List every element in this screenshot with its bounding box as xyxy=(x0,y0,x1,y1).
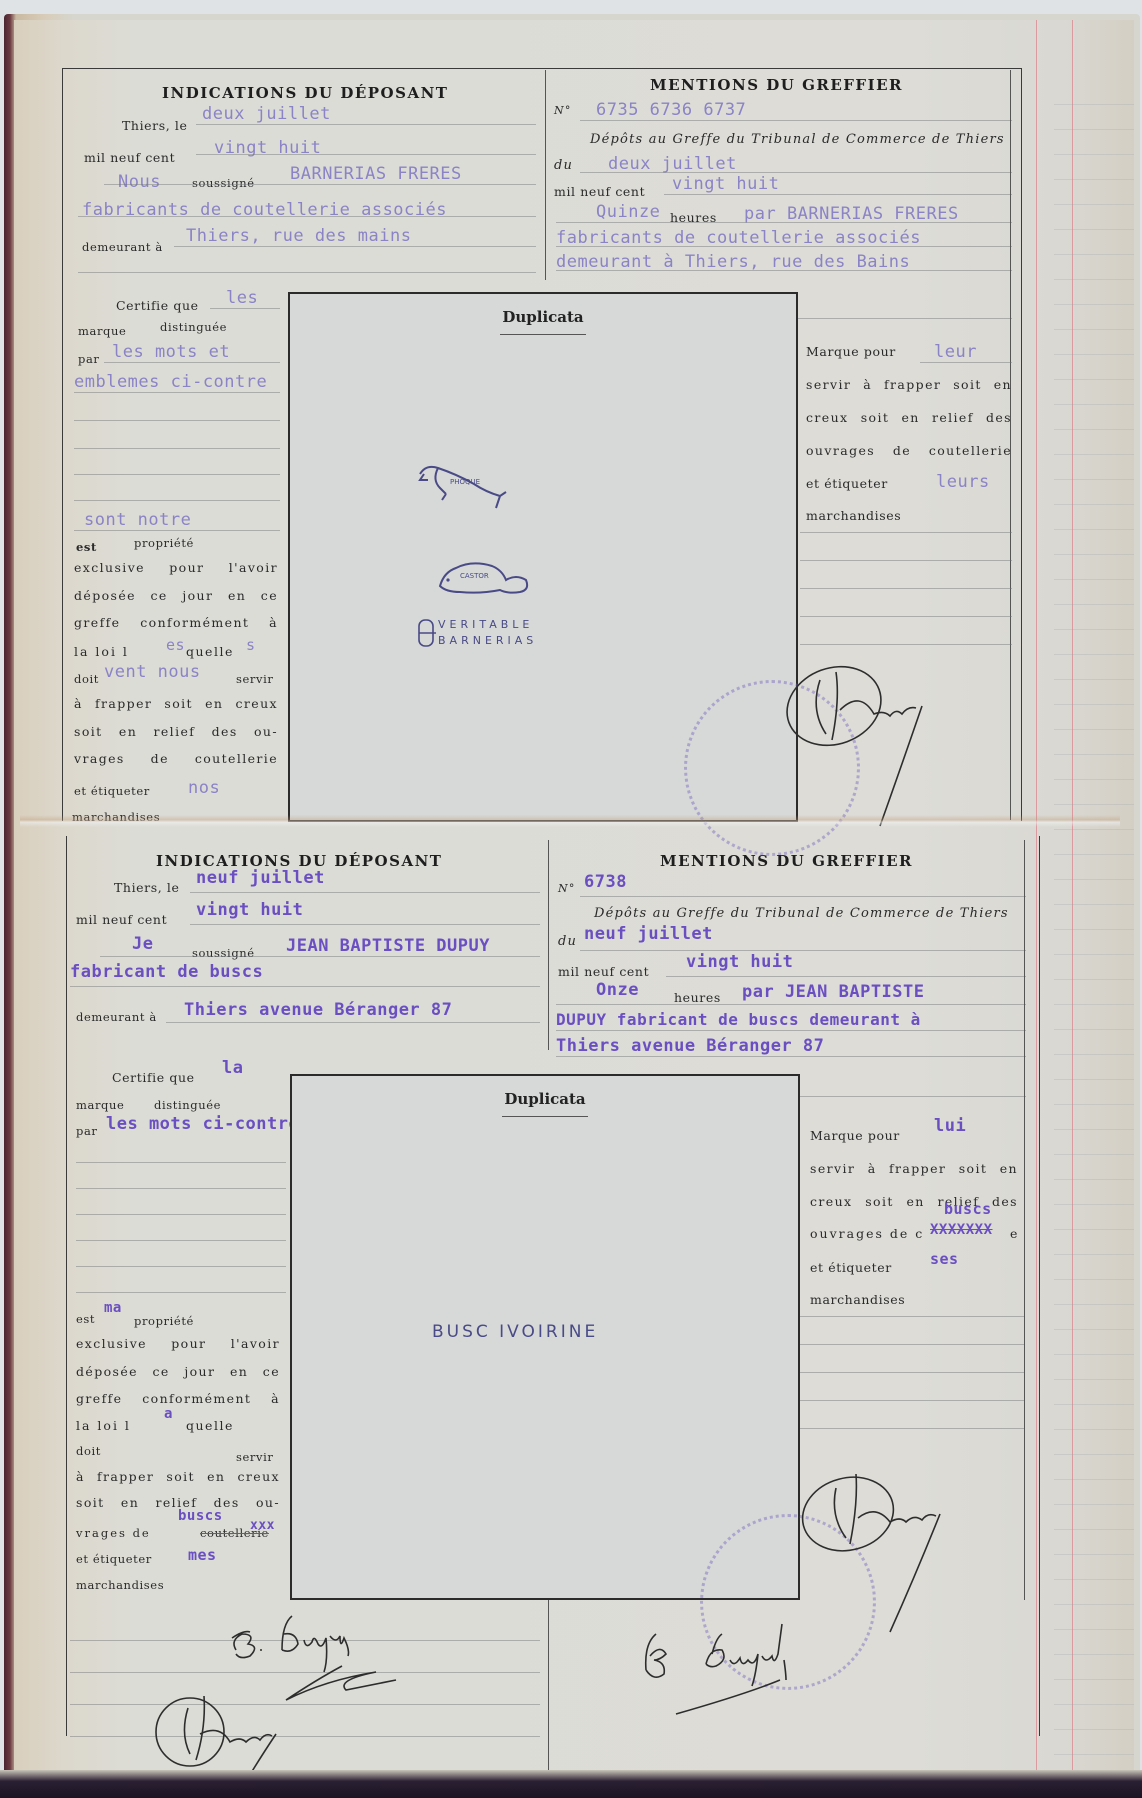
form-line xyxy=(74,474,280,475)
mark-label: marque xyxy=(78,324,126,338)
form-line xyxy=(210,308,280,309)
form-line xyxy=(166,1022,540,1023)
property-label: propriété xyxy=(134,1314,194,1328)
form-line xyxy=(664,194,1012,195)
clerk-by-name: par JEAN BAPTISTE xyxy=(742,982,925,1002)
form-line xyxy=(800,1316,1024,1317)
form-line xyxy=(556,246,1012,247)
label-typed: mes xyxy=(188,1546,217,1564)
svg-text:CASTOR: CASTOR xyxy=(460,572,489,580)
place-label: Thiers, le xyxy=(122,118,188,133)
form-line xyxy=(104,184,536,185)
duplicata-underline xyxy=(500,334,586,335)
number-label: N° xyxy=(554,104,572,117)
label-label: et étiqueter xyxy=(810,1260,892,1275)
beaver-emblem-icon: CASTOR xyxy=(436,556,532,600)
form-line xyxy=(556,1004,1026,1005)
label-label: et étiqueter xyxy=(76,1552,152,1566)
par-label: par xyxy=(78,352,100,366)
label-label: et étiqueter xyxy=(74,784,150,798)
distinguished-label: distinguée xyxy=(154,1098,221,1112)
form-line xyxy=(556,270,1012,271)
corrected-typed: buscs xyxy=(944,1200,992,1218)
form-line xyxy=(174,246,536,247)
form-line xyxy=(580,950,1026,951)
form-line xyxy=(70,986,540,987)
form-line xyxy=(556,1030,1026,1031)
clerk-occupation: fabricants de coutellerie associés xyxy=(556,228,921,248)
form-line xyxy=(800,1372,1024,1373)
section-heading-depositor: INDICATIONS DU DÉPOSANT xyxy=(162,84,448,102)
label-label: et étiqueter xyxy=(806,476,888,491)
duplicata-title: Duplicata xyxy=(290,308,796,326)
mark-label: marque xyxy=(76,1098,124,1112)
form-line xyxy=(666,976,1026,977)
form-line xyxy=(74,530,280,531)
form-line xyxy=(78,216,536,217)
mark-words: les mots et xyxy=(112,342,230,362)
clerk-occupation: DUPUY fabricant de buscs demeurant à xyxy=(556,1010,921,1029)
legal-text-block: exclusive pour l'avoir déposée ce jour e… xyxy=(74,554,278,637)
clerk-signature xyxy=(796,1454,966,1634)
mark-purpose-text: servir à frapper soit en creux soit en r… xyxy=(806,368,1012,467)
stamp-veritable: VERITABLE xyxy=(438,618,533,631)
year-label: mil neuf cent xyxy=(76,912,167,927)
clerk-date: deux juillet xyxy=(608,154,737,174)
form-line xyxy=(76,1240,286,1241)
mark-words-cont: emblemes ci-contre xyxy=(74,372,267,392)
form-line xyxy=(800,532,1012,533)
law-typed: a xyxy=(164,1406,173,1422)
du-label: du xyxy=(554,158,573,173)
doit-typed: vent nous xyxy=(104,662,201,682)
certify-article: la xyxy=(222,1058,243,1078)
certify-label: Certifie que xyxy=(112,1070,195,1085)
form-line xyxy=(800,1400,1024,1401)
depositor-pronoun: Je xyxy=(132,934,153,954)
est-label: est xyxy=(76,1312,95,1326)
depositor-residence: Thiers, rue des mains xyxy=(186,226,411,246)
par-label: par xyxy=(76,1124,98,1138)
depositor-name: BARNERIAS FRERES xyxy=(290,164,462,184)
form-line xyxy=(76,1188,286,1189)
form-line xyxy=(190,892,540,893)
vrages-label: vrages de xyxy=(76,1526,151,1540)
depositor-occupation: fabricants de coutellerie associés xyxy=(82,200,447,220)
form-line xyxy=(196,124,536,125)
duplicata-title: Duplicata xyxy=(292,1090,798,1108)
form-line xyxy=(800,644,1012,645)
residence-label: demeurant à xyxy=(82,240,163,254)
goods-label: marchandises xyxy=(810,1292,905,1307)
form-line xyxy=(196,154,536,155)
ouvrages-label: ouvrages de c xyxy=(810,1226,924,1241)
form-line xyxy=(800,616,1012,617)
corrected-typed: buscs xyxy=(178,1508,223,1524)
deposit-hour: Quinze xyxy=(596,202,660,222)
form-line xyxy=(76,1292,286,1293)
servir-label: servir xyxy=(236,1450,273,1464)
form-line xyxy=(78,272,536,273)
legal-text-block: à frapper soit en creux soit en relief d… xyxy=(74,690,278,773)
depositor-pronoun: Nous xyxy=(118,172,161,192)
form-line xyxy=(800,588,1012,589)
mark-for-whom: leur xyxy=(934,342,977,362)
deposit-hour: Onze xyxy=(596,980,639,1000)
registration-numbers: 6738 xyxy=(584,872,627,892)
law-label: la loi l xyxy=(74,644,129,659)
form-line xyxy=(800,1344,1024,1345)
section-heading-clerk: MENTIONS DU GREFFIER xyxy=(650,76,903,94)
column-divider xyxy=(548,840,549,1050)
form-line xyxy=(800,1428,1024,1429)
hours-label: heures xyxy=(674,990,721,1005)
quelle-typed: s xyxy=(246,636,256,654)
doit-label: doit xyxy=(76,1444,101,1458)
stamp-barnerias: BARNERIAS xyxy=(438,634,537,647)
form-line xyxy=(74,500,280,501)
clerk-date: neuf juillet xyxy=(584,924,713,944)
doit-label: doit xyxy=(74,672,99,686)
distinguished-label: distinguée xyxy=(160,320,227,334)
form-line xyxy=(100,956,540,957)
form-line xyxy=(76,1162,286,1163)
mark-for-whom: lui xyxy=(934,1116,966,1136)
form-line xyxy=(104,362,280,363)
depositor-residence: Thiers avenue Béranger 87 xyxy=(184,1000,452,1020)
ownership-typed: sont notre xyxy=(84,510,191,530)
form-right-border xyxy=(1024,840,1025,1600)
book-bottom-edge xyxy=(0,1770,1142,1798)
form-line xyxy=(76,1214,286,1215)
deposit-text: Dépôts au Greffe du Tribunal de Commerce… xyxy=(594,906,1009,921)
year-label: mil neuf cent xyxy=(84,150,175,165)
form-line xyxy=(800,560,1012,561)
ouvrages-tail: e xyxy=(1010,1226,1018,1241)
certify-label: Certifie que xyxy=(116,298,199,313)
clerk-residence: Thiers avenue Béranger 87 xyxy=(556,1036,824,1056)
clerk-by-name: par BARNERIAS FRERES xyxy=(744,204,959,224)
label-typed: nos xyxy=(188,778,220,798)
ledger-ruled-lines xyxy=(1054,80,1134,1760)
form-line xyxy=(190,924,540,925)
year-label: mil neuf cent xyxy=(554,184,645,199)
mark-words: les mots ci-contre xyxy=(106,1114,299,1134)
residence-label: demeurant à xyxy=(76,1010,157,1024)
form-line xyxy=(74,392,280,393)
form-line xyxy=(580,172,1012,173)
form-line xyxy=(74,420,280,421)
registration-numbers: 6735 6736 6737 xyxy=(596,100,746,120)
servir-label: servir xyxy=(236,672,273,686)
deposit-year: vingt huit xyxy=(214,138,321,158)
signed-label: soussigné xyxy=(192,176,255,190)
number-label: N° xyxy=(558,882,576,895)
depositor-occupation: fabricant de buscs xyxy=(70,962,263,982)
mark-for-label: Marque pour xyxy=(806,344,896,359)
place-label: Thiers, le xyxy=(114,880,180,895)
quelle-label: quelle xyxy=(186,1418,234,1433)
barrel-emblem-icon xyxy=(416,618,436,648)
svg-text:PHOQUE: PHOQUE xyxy=(450,478,480,486)
deposit-date: neuf juillet xyxy=(196,868,325,888)
goods-label: marchandises xyxy=(76,1578,164,1592)
corrected-typed-x: xxx xyxy=(250,1518,275,1533)
duplicata-box: Duplicata BUSC IVOIRINE xyxy=(290,1074,800,1600)
property-label: propriété xyxy=(134,536,194,550)
form-line xyxy=(556,1056,1026,1057)
legal-text-block: exclusive pour l'avoir déposée ce jour e… xyxy=(76,1330,280,1413)
label-typed: leurs xyxy=(936,472,990,492)
form-line xyxy=(580,896,1026,897)
law-typed: es xyxy=(166,636,185,654)
depositor-signature-right xyxy=(636,1614,856,1724)
column-divider xyxy=(548,1600,549,1770)
duplicata-underline xyxy=(502,1116,588,1117)
form-line xyxy=(580,120,1012,121)
clerk-year: vingt huit xyxy=(672,174,779,194)
form-line xyxy=(76,1266,286,1267)
clerk-signature-bottom xyxy=(150,1688,310,1778)
year-label: mil neuf cent xyxy=(558,964,649,979)
mark-for-label: Marque pour xyxy=(810,1128,900,1143)
signed-label: soussigné xyxy=(192,946,255,960)
quelle-label: quelle xyxy=(186,644,234,659)
section-heading-clerk: MENTIONS DU GREFFIER xyxy=(660,852,913,870)
form-line xyxy=(920,362,1012,363)
deposit-date: deux juillet xyxy=(202,104,331,124)
clerk-residence: demeurant à Thiers, rue des Bains xyxy=(556,252,910,272)
stamp-busc-ivoirine: BUSC IVOIRINE xyxy=(432,1322,598,1342)
est-label: est xyxy=(76,540,97,554)
depositor-name: JEAN BAPTISTE DUPUY xyxy=(286,936,490,956)
clerk-signature xyxy=(780,650,960,830)
ownership-typed: ma xyxy=(104,1300,122,1316)
deposit-text: Dépôts au Greffe du Tribunal de Commerce… xyxy=(590,132,1005,147)
clerk-year: vingt huit xyxy=(686,952,793,972)
column-divider xyxy=(545,70,546,280)
deposit-year: vingt huit xyxy=(196,900,303,920)
certify-article: les xyxy=(226,288,258,308)
law-label: la loi l xyxy=(76,1418,131,1433)
goods-label: marchandises xyxy=(806,508,901,523)
form-line xyxy=(556,222,1012,223)
seal-emblem-icon: PHOQUE xyxy=(416,462,508,514)
struck-word: XXXXXXX xyxy=(930,1222,993,1238)
label-typed: ses xyxy=(930,1250,959,1268)
page-fold xyxy=(20,815,1120,827)
du-label: du xyxy=(558,934,577,949)
form-line xyxy=(74,448,280,449)
